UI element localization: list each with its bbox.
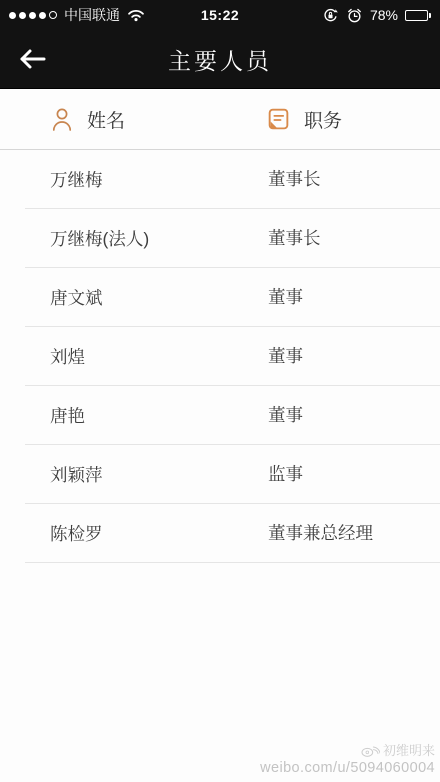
signal-strength-icon [9, 11, 57, 19]
person-icon [50, 106, 74, 132]
position-cell: 监事 [268, 462, 380, 487]
alarm-clock-icon [346, 7, 363, 24]
clock-time: 15:22 [201, 7, 239, 23]
watermark-url: weibo.com/u/5094060004 [260, 759, 435, 777]
table-row: 唐艳 董事 [0, 386, 440, 445]
name-cell: 刘颖萍 [0, 463, 268, 487]
weibo-logo-icon [360, 744, 380, 758]
table-row: 万继梅 董事长 [0, 150, 440, 209]
position-cell: 董事长 [268, 167, 380, 192]
watermark-username: 初维明来 [383, 743, 435, 759]
status-left: 中国联通 [9, 5, 201, 25]
table-row: 刘煌 董事 [0, 327, 440, 386]
position-cell: 董事 [268, 344, 380, 369]
watermark: 初维明来 weibo.com/u/5094060004 [260, 743, 435, 777]
back-arrow-icon [18, 48, 46, 70]
name-cell: 刘煌 [0, 345, 268, 369]
name-cell: 陈检罗 [0, 522, 268, 546]
battery-icon [405, 10, 431, 21]
back-button[interactable] [10, 30, 54, 88]
table-body: 万继梅 董事长 万继梅(法人) 董事长 唐文斌 董事 刘煌 董事 唐艳 董事 刘… [0, 150, 440, 563]
document-icon [266, 106, 291, 132]
column-header-name: 姓名 [50, 106, 125, 133]
table-row: 唐文斌 董事 [0, 268, 440, 327]
name-cell: 万继梅(法人) [0, 227, 268, 251]
orientation-lock-icon [322, 7, 339, 24]
table-row: 万继梅(法人) 董事长 [0, 209, 440, 268]
position-cell: 董事兼总经理 [268, 521, 380, 546]
column-header-position: 职务 [266, 89, 342, 149]
column-header-name-label: 姓名 [87, 106, 125, 133]
status-bar: 中国联通 15:22 [0, 0, 440, 30]
nav-bar: 主要人员 [0, 30, 440, 89]
battery-percent-label: 78% [370, 7, 398, 23]
column-header-position-label: 职务 [304, 106, 342, 133]
table-header: 姓名 职务 [0, 89, 440, 150]
wifi-icon [127, 8, 145, 22]
carrier-label: 中国联通 [64, 5, 120, 25]
app-screen: 中国联通 15:22 [0, 0, 440, 782]
page-title: 主要人员 [0, 43, 440, 76]
name-cell: 万继梅 [0, 168, 268, 192]
table-row: 刘颖萍 监事 [0, 445, 440, 504]
table-row: 陈检罗 董事兼总经理 [0, 504, 440, 563]
position-cell: 董事 [268, 403, 380, 428]
name-cell: 唐艳 [0, 404, 268, 428]
status-right: 78% [239, 7, 431, 24]
position-cell: 董事长 [268, 226, 380, 251]
position-cell: 董事 [268, 285, 380, 310]
name-cell: 唐文斌 [0, 286, 268, 310]
